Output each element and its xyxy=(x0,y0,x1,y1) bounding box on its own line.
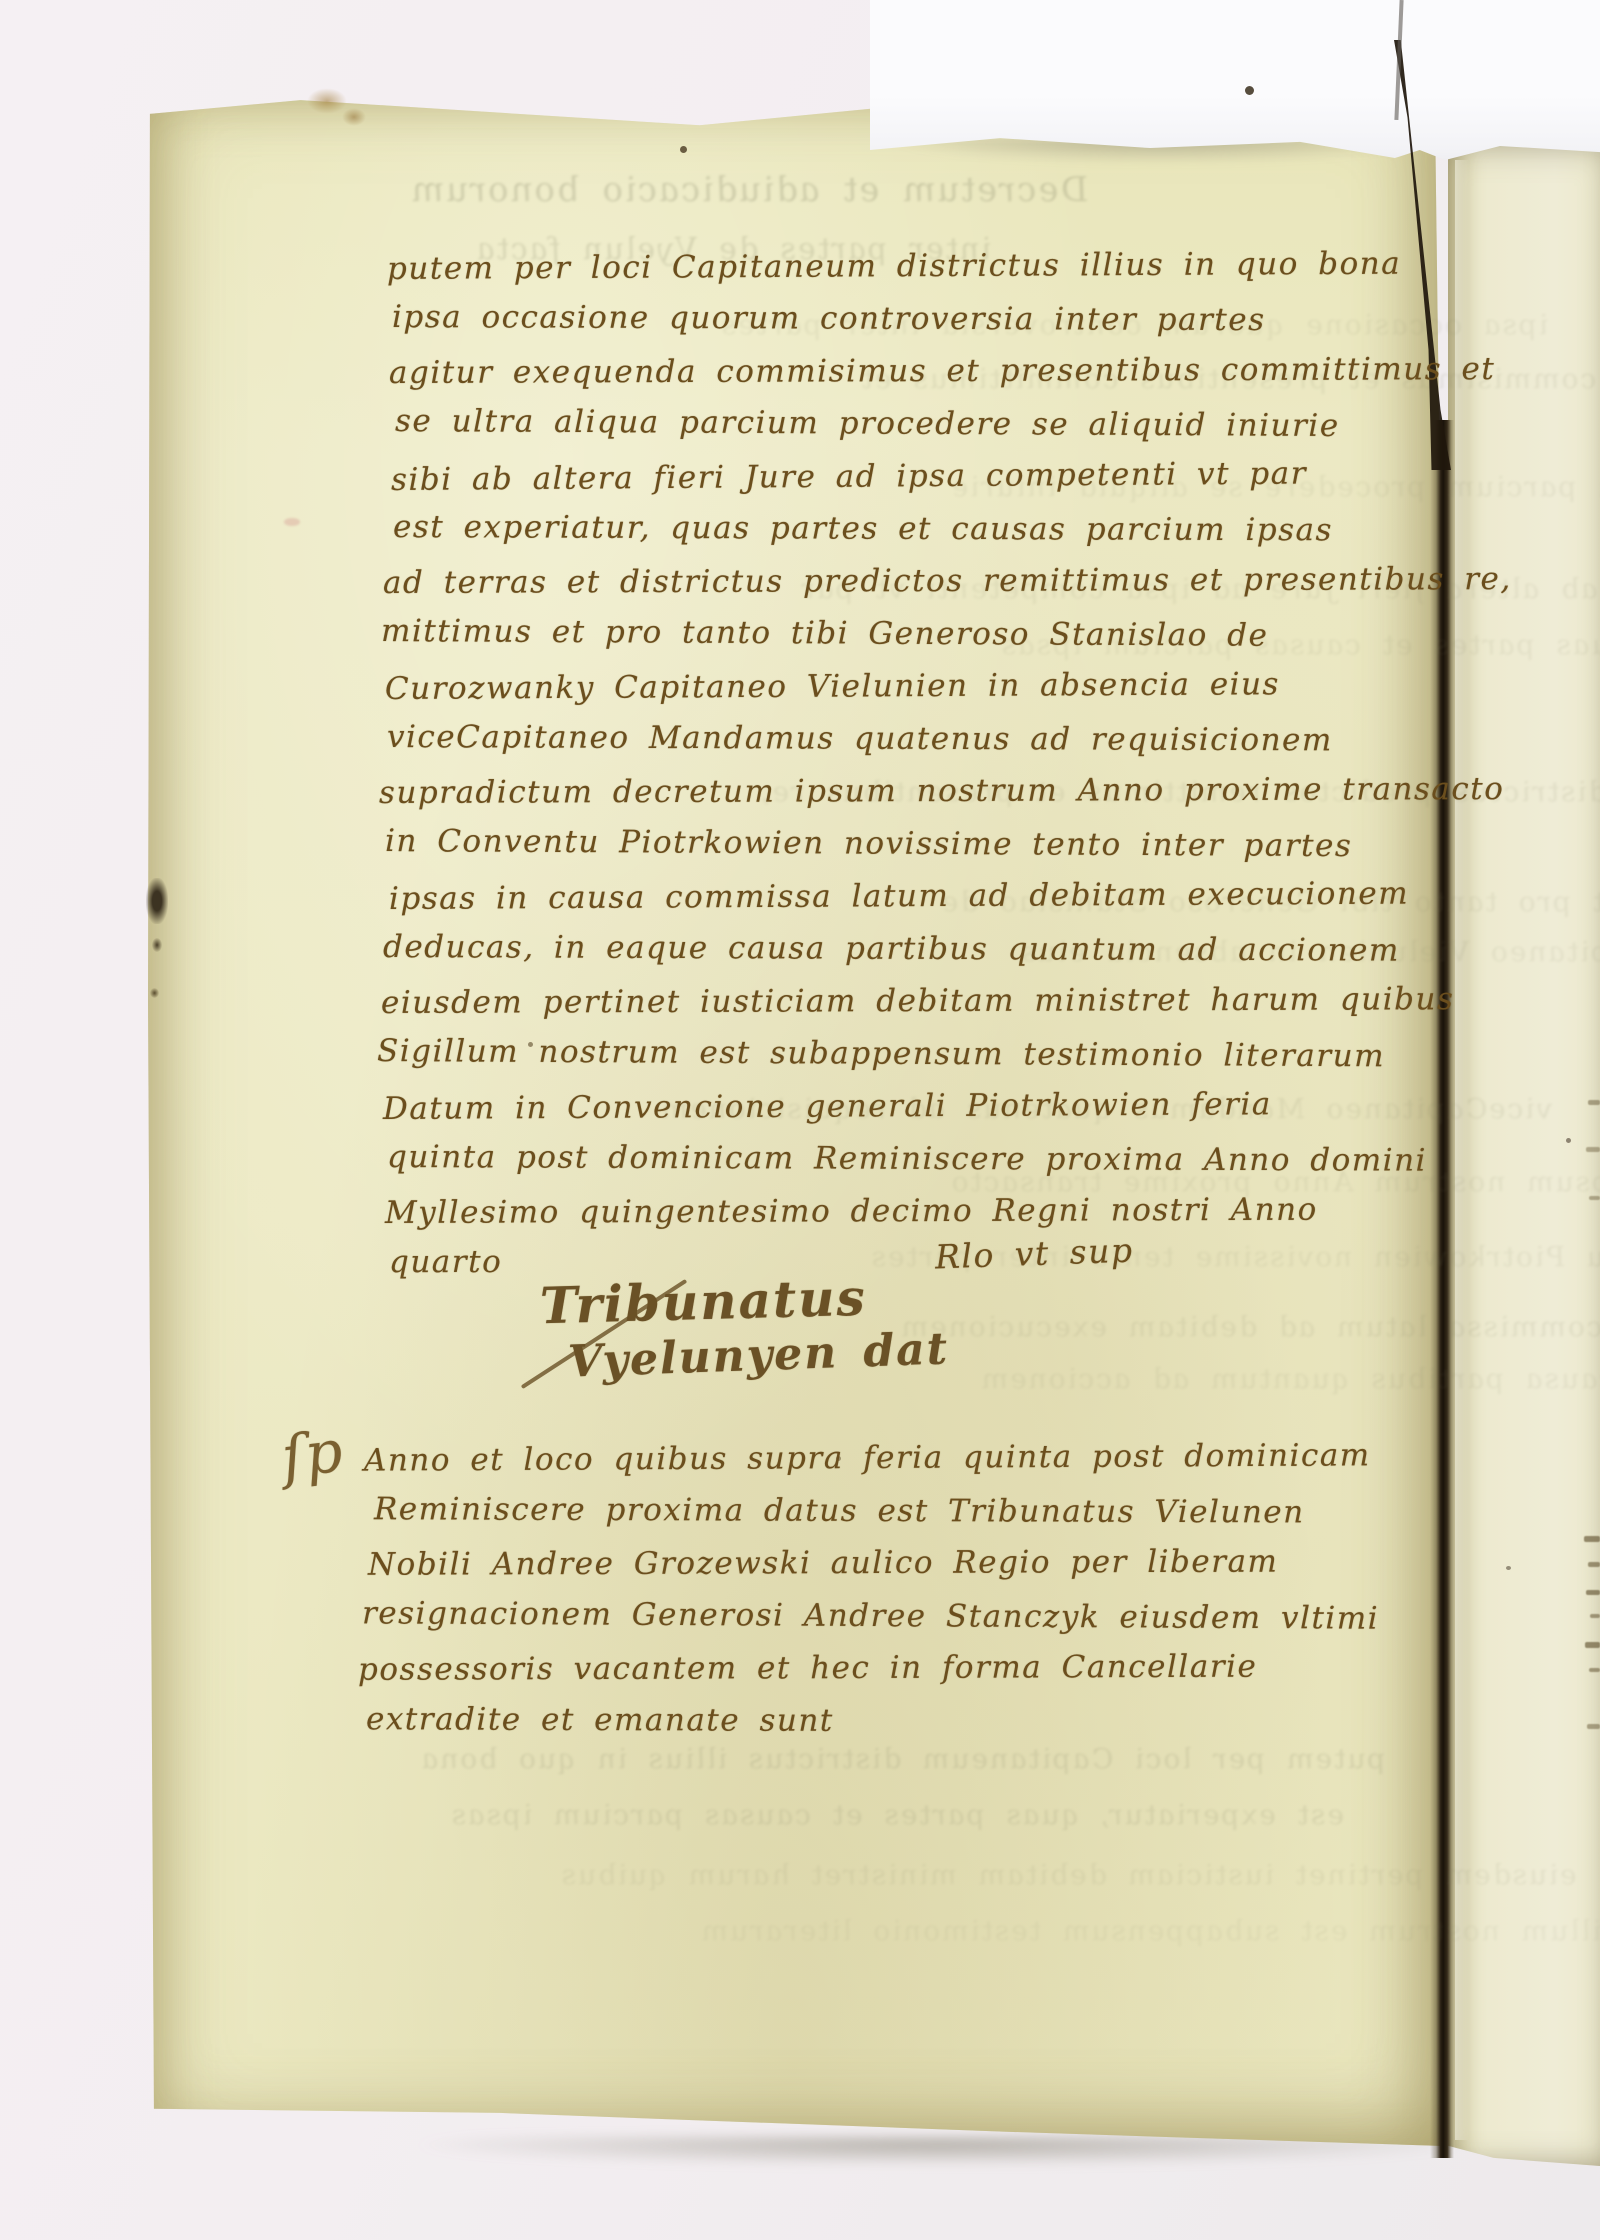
facing-page-text-trace xyxy=(1588,1562,1600,1567)
manuscript-line: quinta post dominicam Reminiscere proxim… xyxy=(387,1131,1516,1187)
manuscript-line: ad terras et districtus predictos remitt… xyxy=(383,553,1512,609)
manuscript-line: mittimus et pro tanto tibi Generoso Stan… xyxy=(381,605,1510,663)
facing-page-text-trace xyxy=(1589,1196,1600,1200)
ink-speck xyxy=(1566,1138,1571,1143)
bleedthrough-line: ipsas in causa commissa latum ad debitam… xyxy=(897,1310,1600,1343)
bleedthrough-line: deducas, in eaque causa partibus quantum… xyxy=(977,1362,1600,1395)
ink-blot xyxy=(150,988,159,998)
manuscript-line: ipsa occasione quorum controversia inter… xyxy=(392,291,1521,347)
main-text-block: putem per loci Capitaneum districtus ill… xyxy=(389,240,1518,1238)
manuscript-line: se ultra aliqua parcium procedere se ali… xyxy=(395,395,1524,453)
ink-speck xyxy=(680,146,687,153)
manuscript-line: Myllesimo quingentesimo decimo Regni nos… xyxy=(385,1183,1514,1239)
manuscript-line: resignacionem Generosi Andree Stanczyk e… xyxy=(362,1587,1379,1645)
facing-page-text-trace xyxy=(1589,1668,1600,1672)
stain xyxy=(342,108,366,126)
ink-blot xyxy=(152,938,162,952)
manuscript-line: est experiatur, quas partes et causas pa… xyxy=(393,501,1522,557)
manuscript-line: agitur exequenda commisimus et presentib… xyxy=(389,343,1518,399)
manuscript-line: Anno et loco quibus supra feria quinta p… xyxy=(364,1429,1381,1487)
manuscript-line: sibi ab altera fieri Jure ad ipsa compet… xyxy=(391,446,1520,506)
manuscript-line: Nobili Andree Grozewski aulico Regio per… xyxy=(368,1535,1385,1591)
bleedthrough-header-line: Decretum et adiudicacio bonorum xyxy=(407,170,1091,210)
manuscript-line: supradictum decretum ipsum nostrum Anno … xyxy=(379,763,1508,819)
manuscript-line: Curozwanky Capitaneo Vielunien in absenc… xyxy=(385,657,1514,715)
manuscript-line: Sigillum nostrum est subappensum testimo… xyxy=(377,1025,1506,1083)
bleedthrough-line: Sigillum nostrum est subappensum testimo… xyxy=(697,1914,1600,1947)
closing-line: quarto Rlo vt sup xyxy=(389,1244,502,1280)
bleedthrough-line: est experiatur, quas partes et causas pa… xyxy=(447,1798,1347,1831)
ink-blot xyxy=(146,878,168,924)
manuscript-line: Datum in Convencione generali Piotrkowie… xyxy=(383,1077,1512,1135)
manuscript-line: ipsas in causa commissa latum ad debitam… xyxy=(389,867,1518,925)
facing-page-text-trace xyxy=(1587,1724,1600,1729)
facing-page-text-trace xyxy=(1584,1536,1600,1542)
margin-mark: ſp xyxy=(278,1416,347,1491)
facing-page-text-trace xyxy=(1586,1147,1600,1152)
faint-red-smudge xyxy=(284,518,300,526)
ink-speck xyxy=(1245,86,1254,95)
manuscript-line: eiusdem pertinet iusticiam debitam minis… xyxy=(381,973,1510,1029)
bleedthrough-line: eiusdem pertinet iusticiam debitam minis… xyxy=(557,1858,1579,1891)
relatio-note: Rlo vt sup xyxy=(934,1231,1134,1277)
manuscript-line: putem per loci Capitaneum districtus ill… xyxy=(387,237,1516,295)
manuscript-line: extradite et emanate sunt xyxy=(366,1693,1383,1749)
second-paragraph-block: Anno et loco quibus supra feria quinta p… xyxy=(364,1432,1381,1747)
facing-page-text-trace xyxy=(1586,1590,1600,1595)
manuscript-line: viceCapitaneo Mandamus quatenus ad requi… xyxy=(387,711,1516,767)
stain xyxy=(307,88,347,114)
facing-page-text-trace xyxy=(1585,1642,1600,1648)
facing-page-text-trace xyxy=(1588,1100,1600,1105)
ink-speck xyxy=(1506,1566,1511,1570)
closing-word: quarto xyxy=(389,1244,502,1280)
facing-page-text-trace xyxy=(1590,1614,1600,1618)
manuscript-line: deducas, in eaque causa partibus quantum… xyxy=(383,921,1512,977)
heading-note-line1: Tribunatus xyxy=(539,1268,867,1336)
manuscript-line: Reminiscere proxima datus est Tribunatus… xyxy=(374,1483,1391,1539)
photographed-manuscript-scene: Decretum et adiudicacio bonorum inter pa… xyxy=(0,0,1600,2240)
manuscript-line: in Conventu Piotrkowien novissime tento … xyxy=(385,815,1514,873)
manuscript-line: possessoris vacantem et hec in forma Can… xyxy=(358,1640,1375,1696)
